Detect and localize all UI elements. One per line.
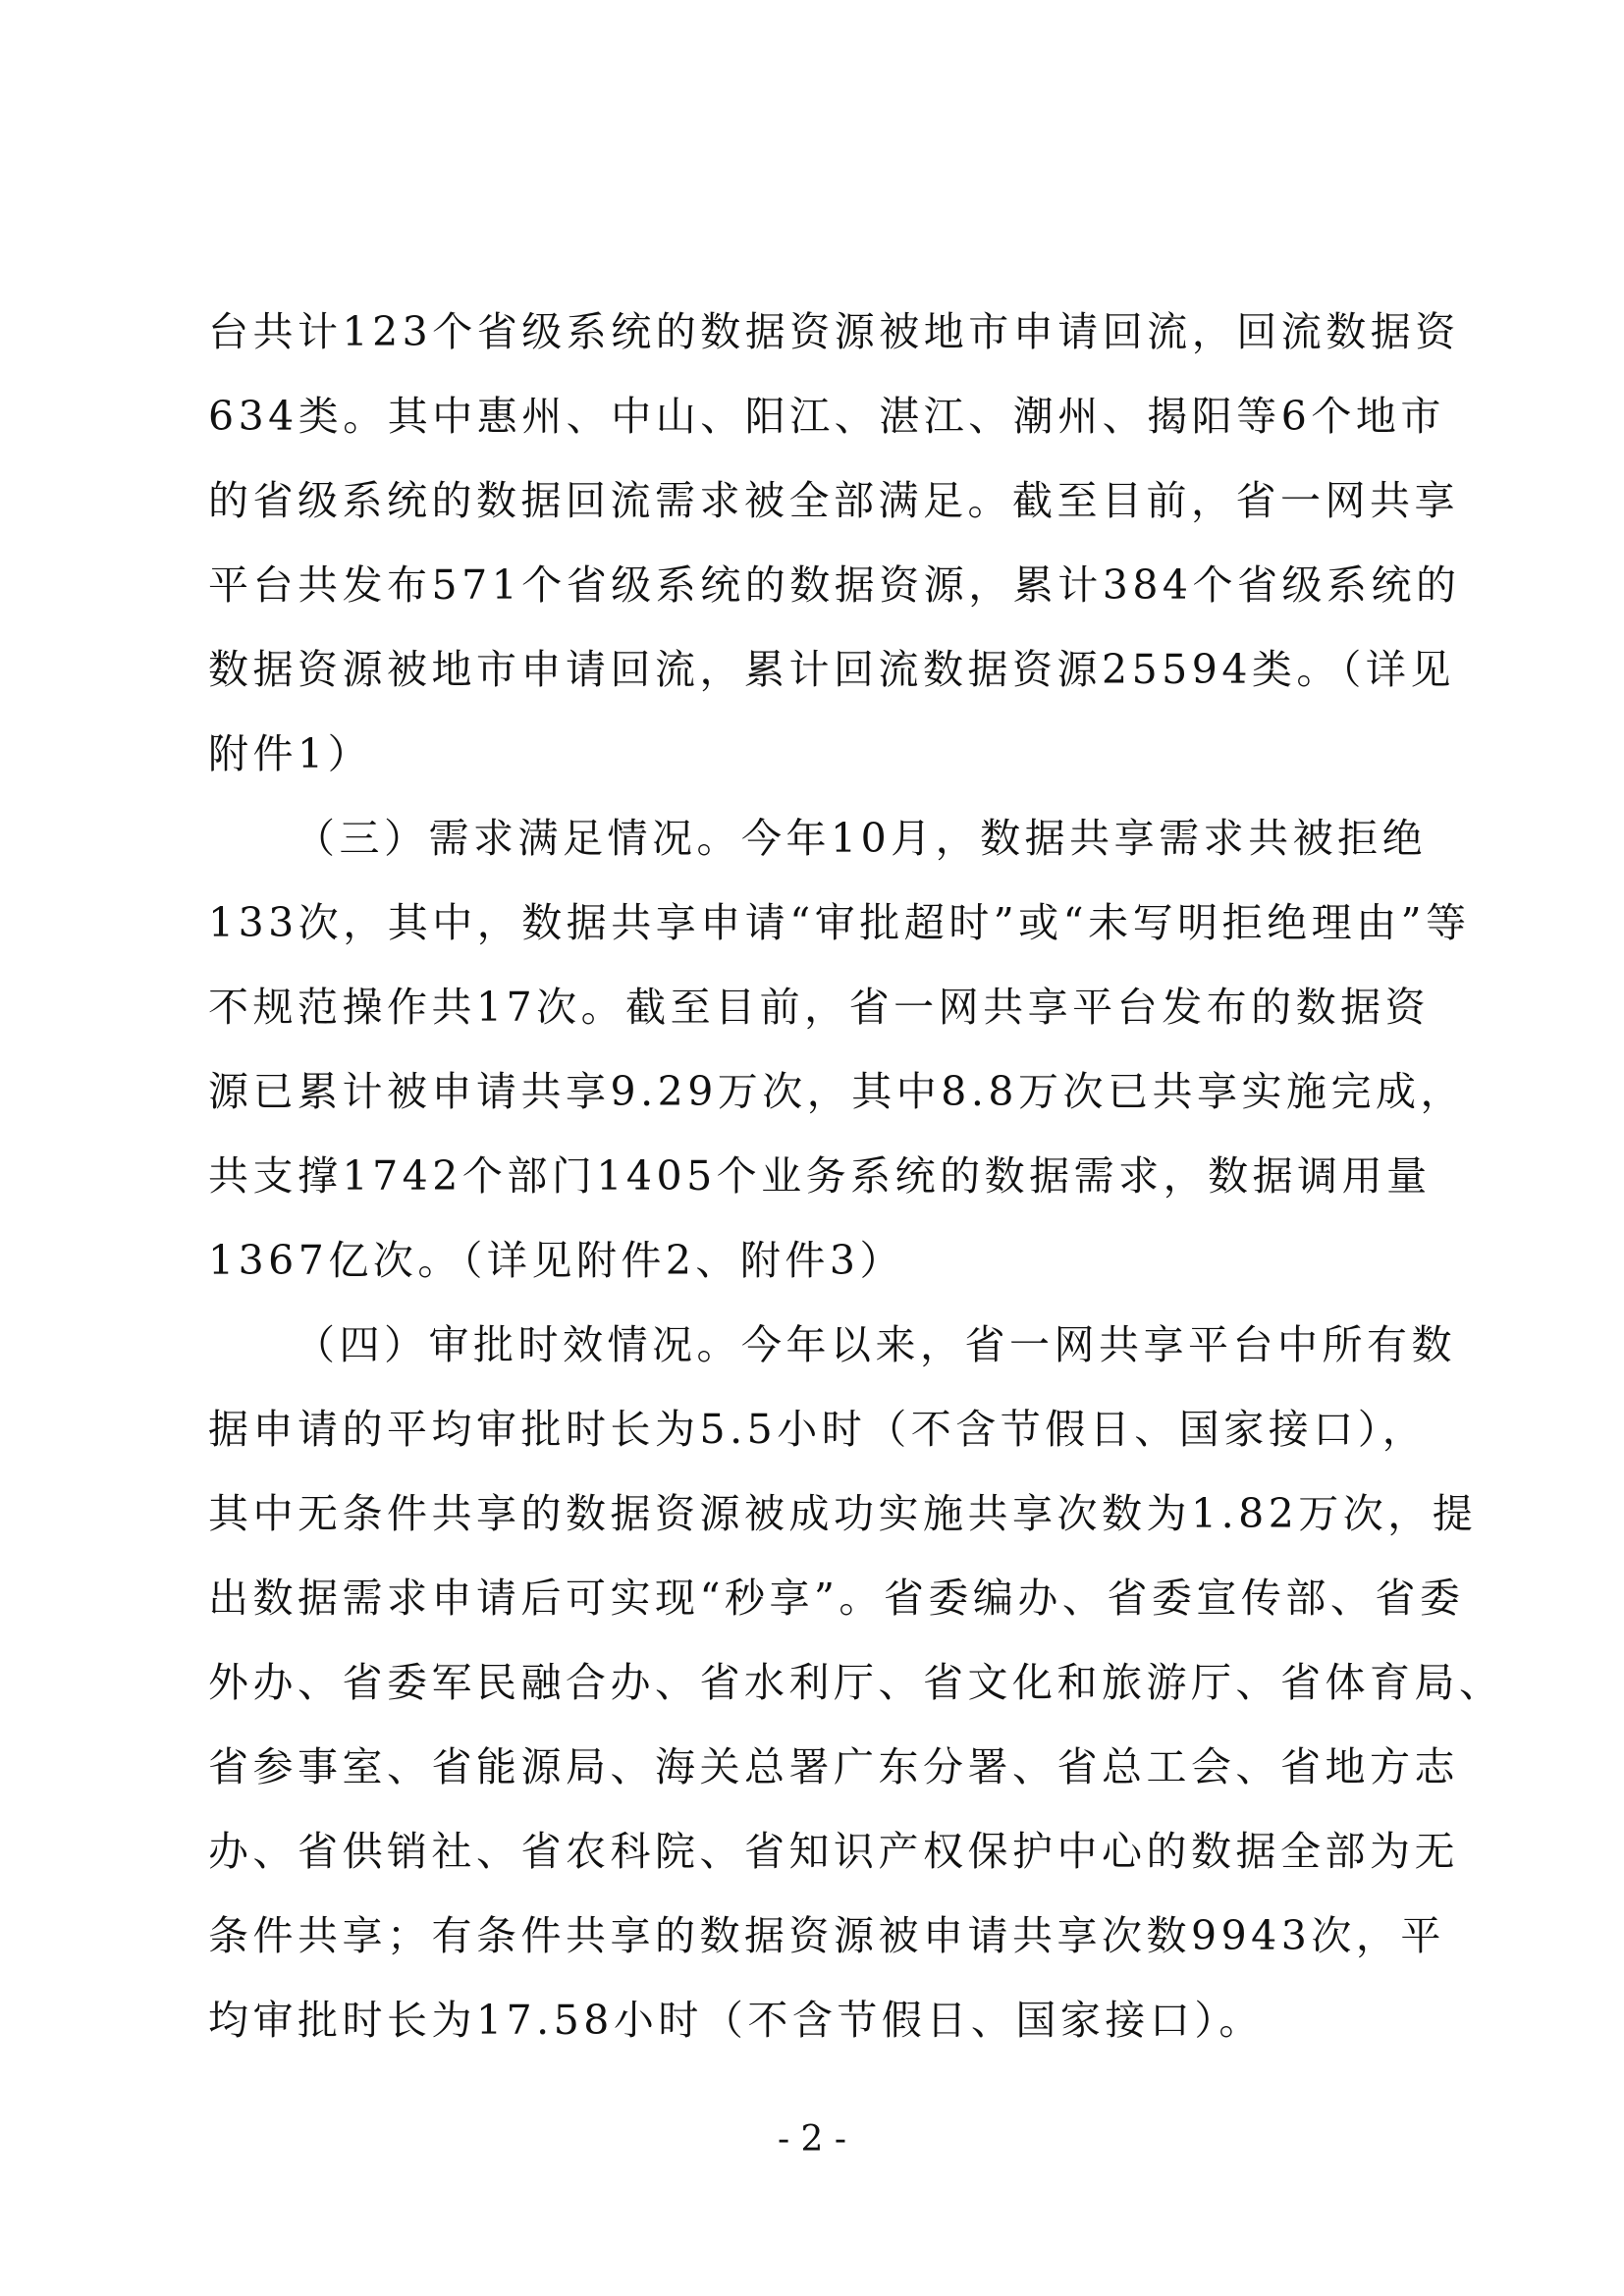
text-line: 不规范操作共17次。截至目前，省一网共享平台发布的数据资 <box>208 978 1430 1037</box>
section-heading-line-4: （四）审批时效情况。今年以来，省一网共享平台中所有数 <box>295 1315 1456 1374</box>
page-number: - 2 - <box>0 2115 1624 2164</box>
document-page: 台共计123个省级系统的数据资源被地市申请回流，回流数据资 634类。其中惠州、… <box>0 0 1624 2296</box>
text-line: 共支撑1742个部门1405个业务系统的数据需求，数据调用量 <box>208 1147 1432 1205</box>
text-line: 出数据需求申请后可实现“秒享”。省委编办、省委宣传部、省委 <box>208 1569 1464 1628</box>
text-line: 平台共发布571个省级系统的数据资源，累计384个省级系统的 <box>208 556 1461 614</box>
text-line: 台共计123个省级系统的数据资源被地市申请回流，回流数据资 <box>208 302 1460 361</box>
text-line: 省参事室、省能源局、海关总署广东分署、省总工会、省地方志 <box>208 1737 1459 1796</box>
text-line: 133次，其中，数据共享申请“审批超时”或“未写明拒绝理由”等 <box>208 893 1471 952</box>
text-line: 据申请的平均审批时长为5.5小时（不含节假日、国家接口）， <box>208 1400 1427 1459</box>
section-heading-line-3: （三）需求满足情况。今年10月，数据共享需求共被拒绝 <box>295 809 1427 868</box>
text-line: 数据资源被地市申请回流，累计回流数据资源25594类。（详见 <box>208 640 1455 699</box>
text-line: 均审批时长为17.58小时（不含节假日、国家接口）。 <box>208 1991 1264 2050</box>
text-line: 附件1） <box>208 724 372 783</box>
text-line: 其中无条件共享的数据资源被成功实施共享次数为1.82万次，提 <box>208 1484 1477 1543</box>
text-line: 的省级系统的数据回流需求被全部满足。截至目前，省一网共享 <box>208 471 1459 530</box>
text-line: 办、省供销社、省农科院、省知识产权保护中心的数据全部为无 <box>208 1822 1459 1881</box>
text-line: 外办、省委军民融合办、省水利厅、省文化和旅游厅、省体育局、 <box>208 1653 1504 1712</box>
text-line: 条件共享；有条件共享的数据资源被申请共享次数9943次，平 <box>208 1906 1445 1965</box>
text-line: 源已累计被申请共享9.29万次，其中8.8万次已共享实施完成， <box>208 1062 1465 1121</box>
text-line: 634类。其中惠州、中山、阳江、湛江、潮州、揭阳等6个地市 <box>208 387 1445 446</box>
text-line: 1367亿次。（详见附件2、附件3） <box>208 1231 904 1290</box>
